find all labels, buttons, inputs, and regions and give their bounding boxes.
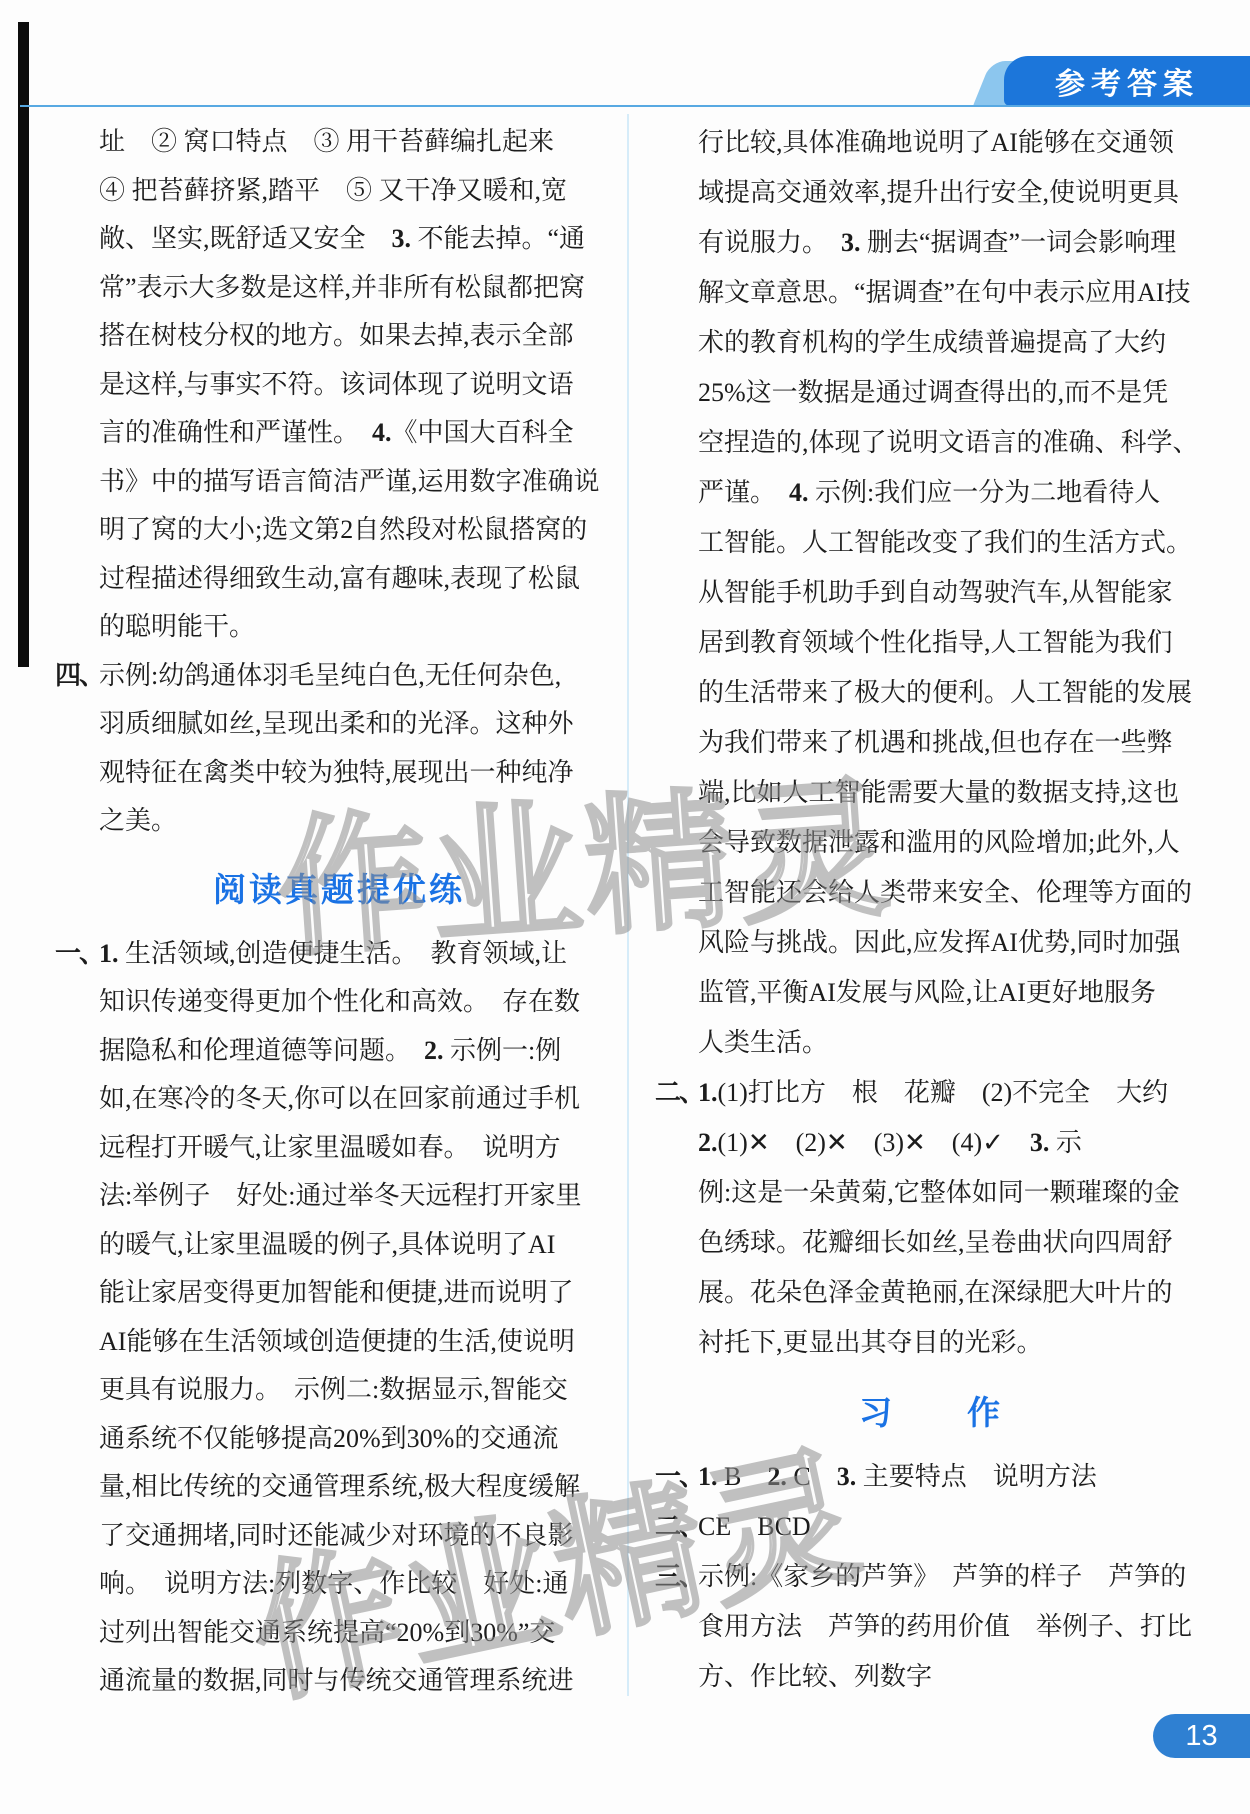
item-marker: 一、 [655, 1452, 698, 1502]
text-line: 方、作比较、列数字 [655, 1652, 1207, 1702]
header-tab-label: 参考答案 [1055, 59, 1199, 103]
text-line: 常”表示大多数是这样,并非所有松鼠都把窝 [63, 264, 615, 313]
page-binding-bar [18, 22, 29, 667]
text-line: 工智能。人工智能改变了我们的生活方式。 [655, 518, 1207, 568]
text-line: 严谨。 4. 示例:我们应一分为二地看待人 [655, 468, 1207, 518]
text-line: 2.(1)✕ (2)✕ (3)✕ (4)✓ 3. 示 [655, 1118, 1207, 1168]
text-line: 术的教育机构的学生成绩普遍提高了大约 [655, 318, 1207, 368]
column-divider [627, 114, 629, 1696]
text-line: 法:举例子 好处:通过举冬天远程打开家里 [63, 1172, 615, 1221]
header-tab: 参考答案 [1004, 56, 1250, 106]
text-line: 更具有说服力。 示例二:数据显示,智能交 [63, 1366, 615, 1415]
text-line: 一、1. 生活领域,创造便捷生活。 教育领域,让 [63, 930, 615, 979]
text-line: 响。 说明方法:列数字、作比较 好处:通 [63, 1560, 615, 1609]
text-line: 二、CE BCD [655, 1502, 1207, 1552]
text-line: 的聪明能干。 [63, 603, 615, 652]
text-line: 居到教育领域个性化指导,人工智能为我们 [655, 618, 1207, 668]
text-line: 25%这一数据是通过调查得出的,而不是凭 [655, 368, 1207, 418]
text-line: 一、1. B 2. C 3. 主要特点 说明方法 [655, 1452, 1207, 1502]
text-line: 观特征在禽类中较为独特,展现出一种纯净 [63, 749, 615, 798]
text-line: 风险与挑战。因此,应发挥AI优势,同时加强 [655, 918, 1207, 968]
text-line: 衬托下,更显出其夺目的光彩。 [655, 1318, 1207, 1368]
text-line: 远程打开暖气,让家里温暖如春。 说明方 [63, 1124, 615, 1173]
text-line: 是这样,与事实不符。该词体现了说明文语 [63, 361, 615, 410]
text-line: 展。花朵色泽金黄艳丽,在深绿肥大叶片的 [655, 1268, 1207, 1318]
text-line: 域提高交通效率,提升出行安全,使说明更具 [655, 168, 1207, 218]
text-line: 会导致数据泄露和滥用的风险增加;此外,人 [655, 818, 1207, 868]
text-line: 工智能还会给人类带来安全、伦理等方面的 [655, 868, 1207, 918]
header-rule [20, 105, 1250, 107]
text-line: 址 ② 窝口特点 ③ 用干苔藓编扎起来 [63, 118, 615, 167]
text-line: 的暖气,让家里温暖的例子,具体说明了AI [63, 1221, 615, 1270]
item-marker: 四、 [55, 652, 99, 701]
text-line: AI能够在生活领域创造便捷的生活,使说明 [63, 1318, 615, 1367]
right-column-text: 行比较,具体准确地说明了AI能够在交通领域提高交通效率,提升出行安全,使说明更具… [655, 118, 1207, 1702]
text-line: 敞、坚实,既舒适又安全 3. 不能去掉。“通 [63, 215, 615, 264]
text-line: 之美。 [63, 797, 615, 846]
text-line: 书》中的描写语言简洁严谨,运用数字准确说 [63, 458, 615, 507]
section-heading: 习 作 [655, 1368, 1207, 1452]
text-line: 行比较,具体准确地说明了AI能够在交通领 [655, 118, 1207, 168]
text-line: 通系统不仅能够提高20%到30%的交通流 [63, 1415, 615, 1464]
text-line: 量,相比传统的交通管理系统,极大程度缓解 [63, 1463, 615, 1512]
text-line: 羽质细腻如丝,呈现出柔和的光泽。这种外 [63, 700, 615, 749]
text-line: 四、示例:幼鸽通体羽毛呈纯白色,无任何杂色, [63, 652, 615, 701]
text-line: ④ 把苔藓挤紧,踏平 ⑤ 又干净又暖和,宽 [63, 167, 615, 216]
left-column-text: 址 ② 窝口特点 ③ 用干苔藓编扎起来④ 把苔藓挤紧,踏平 ⑤ 又干净又暖和,宽… [63, 118, 615, 1706]
text-line: 监管,平衡AI发展与风险,让AI更好地服务 [655, 968, 1207, 1018]
item-marker: 二、 [655, 1502, 698, 1552]
text-line: 据隐私和伦理道德等问题。 2. 示例一:例 [63, 1027, 615, 1076]
text-line: 色绣球。花瓣细长如丝,呈卷曲状向四周舒 [655, 1218, 1207, 1268]
text-line: 明了窝的大小;选文第2自然段对松鼠搭窝的 [63, 506, 615, 555]
item-marker: 三、 [655, 1552, 698, 1602]
text-line: 的生活带来了极大的便利。人工智能的发展 [655, 668, 1207, 718]
text-line: 从智能手机助手到自动驾驶汽车,从智能家 [655, 568, 1207, 618]
text-line: 有说服力。 3. 删去“据调查”一词会影响理 [655, 218, 1207, 268]
text-line: 能让家居变得更加智能和便捷,进而说明了 [63, 1269, 615, 1318]
page-number-badge: 13 [1153, 1714, 1250, 1758]
text-line: 二、1.(1)打比方 根 花瓣 (2)不完全 大约 [655, 1068, 1207, 1118]
page-number: 13 [1185, 1720, 1217, 1753]
item-marker: 一、 [55, 930, 99, 979]
text-line: 过程描述得细致生动,富有趣味,表现了松鼠 [63, 555, 615, 604]
text-line: 端,比如人工智能需要大量的数据支持,这也 [655, 768, 1207, 818]
text-line: 过列出智能交通系统提高“20%到30%”交 [63, 1609, 615, 1658]
text-line: 了交通拥堵,同时还能减少对环境的不良影 [63, 1512, 615, 1561]
text-line: 例:这是一朵黄菊,它整体如同一颗璀璨的金 [655, 1168, 1207, 1218]
text-line: 解文章意思。“据调查”在句中表示应用AI技 [655, 268, 1207, 318]
text-line: 空捏造的,体现了说明文语言的准确、科学、 [655, 418, 1207, 468]
item-marker: 二、 [655, 1068, 698, 1118]
text-line: 如,在寒冷的冬天,你可以在回家前通过手机 [63, 1075, 615, 1124]
text-line: 通流量的数据,同时与传统交通管理系统进 [63, 1657, 615, 1706]
text-line: 三、示例:《家乡的芦笋》 芦笋的样子 芦笋的 [655, 1552, 1207, 1602]
text-line: 知识传递变得更加个性化和高效。 存在数 [63, 978, 615, 1027]
text-line: 人类生活。 [655, 1018, 1207, 1068]
text-line: 言的准确性和严谨性。 4.《中国大百科全 [63, 409, 615, 458]
text-line: 食用方法 芦笋的药用价值 举例子、打比 [655, 1602, 1207, 1652]
text-line: 为我们带来了机遇和挑战,但也存在一些弊 [655, 718, 1207, 768]
section-heading: 阅读真题提优练 [63, 846, 615, 930]
text-line: 搭在树枝分权的地方。如果去掉,表示全部 [63, 312, 615, 361]
